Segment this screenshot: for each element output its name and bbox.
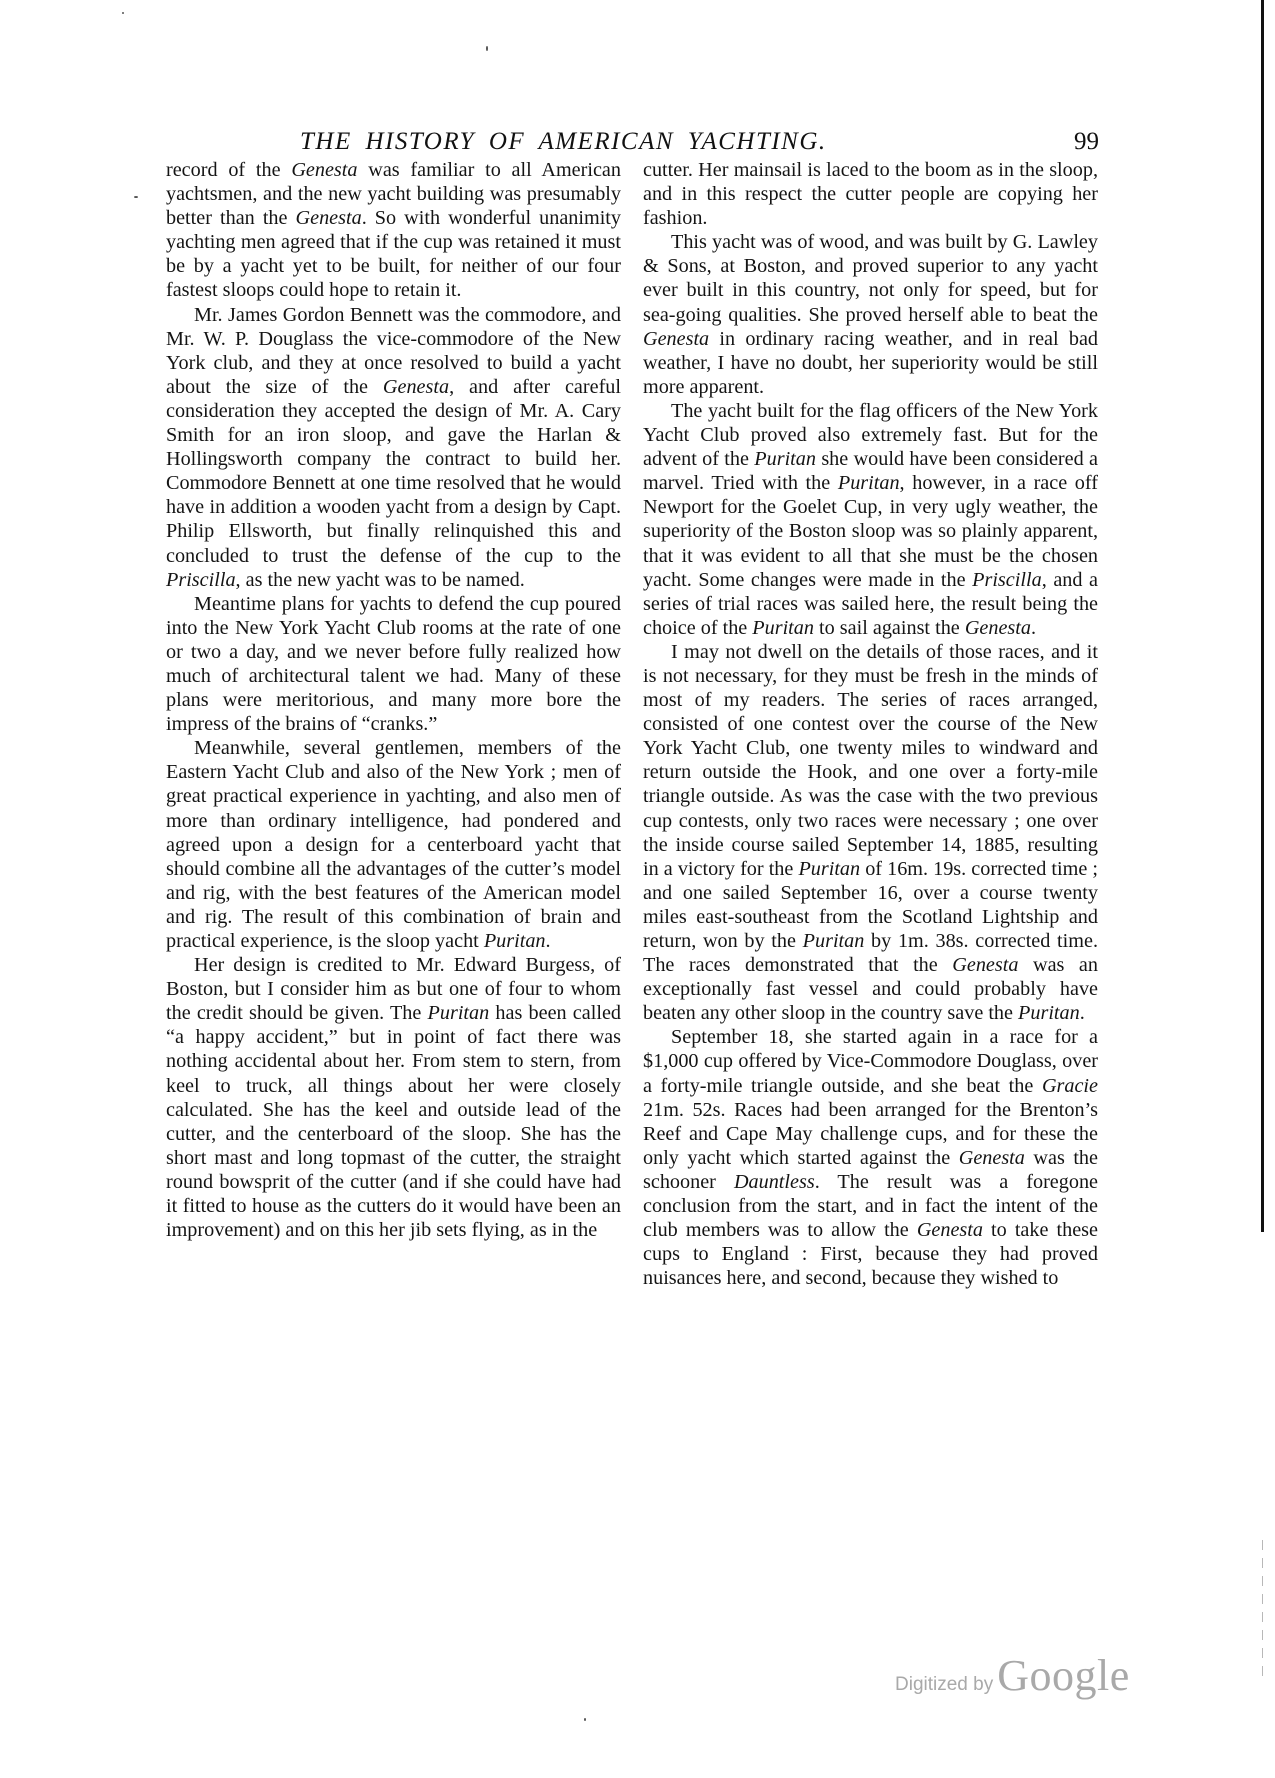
text-run: , and after careful consideration they a… — [166, 376, 621, 567]
digitized-by-google-watermark: Digitized by Google — [895, 1650, 1130, 1701]
italic-vessel-name: Gracie — [1042, 1075, 1098, 1097]
italic-vessel-name: Dauntless — [734, 1171, 815, 1193]
italic-vessel-name: Genesta — [291, 159, 357, 181]
italic-vessel-name: Puritan — [752, 617, 814, 639]
italic-vessel-name: Priscilla — [972, 569, 1042, 591]
italic-vessel-name: Puritan — [1018, 1002, 1080, 1024]
text-run: , as the new yacht was to be named. — [236, 569, 525, 591]
scan-speck — [134, 196, 138, 198]
page-number: 99 — [1074, 128, 1099, 156]
running-title: THE HISTORY OF AMERICAN YACHTING. — [300, 128, 827, 156]
italic-vessel-name: Priscilla — [166, 569, 236, 591]
paragraph: cutter. Her mainsail is laced to the boo… — [643, 158, 1098, 230]
italic-vessel-name: Puritan — [754, 448, 816, 470]
paragraph: Her design is credited to Mr. Edward Bur… — [166, 953, 621, 1242]
text-run: to sail against the — [814, 617, 965, 639]
paragraph: Mr. James Gordon Bennett was the commodo… — [166, 303, 621, 592]
italic-vessel-name: Puritan — [798, 858, 860, 880]
text-run: Meantime plans for yachts to defend the … — [166, 593, 621, 735]
italic-vessel-name: Genesta — [965, 617, 1031, 639]
watermark-prefix: Digitized by — [895, 1674, 993, 1696]
italic-vessel-name: Puritan — [428, 1002, 490, 1024]
text-run: September 18, she started again in a rac… — [643, 1026, 1098, 1096]
italic-vessel-name: Genesta — [643, 328, 709, 350]
text-run: cutter. Her mainsail is laced to the boo… — [643, 159, 1098, 229]
italic-vessel-name: Genesta — [296, 207, 362, 229]
paragraph: I may not dwell on the details of those … — [643, 640, 1098, 1026]
italic-vessel-name: Puritan — [803, 930, 865, 952]
paragraph: Meanwhile, several gentlemen, members of… — [166, 736, 621, 953]
text-run: record of the — [166, 159, 291, 181]
scan-speck — [486, 46, 488, 51]
text-run: . — [1080, 1002, 1085, 1024]
italic-vessel-name: Puritan — [838, 472, 900, 494]
scan-speck — [122, 12, 124, 14]
google-logo-text: Google — [997, 1650, 1130, 1701]
italic-vessel-name: Genesta — [959, 1147, 1025, 1169]
italic-vessel-name: Genesta — [917, 1219, 983, 1241]
italic-vessel-name: Genesta — [383, 376, 449, 398]
right-text-column: cutter. Her mainsail is laced to the boo… — [643, 158, 1098, 1290]
paragraph: record of the Genesta was familiar to al… — [166, 158, 621, 303]
left-text-column: record of the Genesta was familiar to al… — [166, 158, 621, 1242]
text-run: This yacht was of wood, and was built by… — [643, 231, 1098, 325]
text-run: . — [1031, 617, 1036, 639]
text-run: I may not dwell on the details of those … — [643, 641, 1098, 880]
page-binding-edge — [1261, 0, 1264, 1232]
italic-vessel-name: Puritan — [484, 930, 546, 952]
scan-speck — [584, 1718, 586, 1721]
page-binding-edge-faint — [1262, 1540, 1263, 1680]
paragraph: September 18, she started again in a rac… — [643, 1025, 1098, 1290]
paragraph: This yacht was of wood, and was built by… — [643, 230, 1098, 399]
text-run: has been called “a happy accident,” but … — [166, 1002, 621, 1241]
text-run: in ordinary racing weather, and in real … — [643, 328, 1098, 398]
italic-vessel-name: Genesta — [952, 954, 1018, 976]
text-run: . — [546, 930, 551, 952]
text-run: Meanwhile, several gentlemen, members of… — [166, 737, 621, 952]
paragraph: The yacht built for the flag officers of… — [643, 399, 1098, 640]
paragraph: Meantime plans for yachts to defend the … — [166, 592, 621, 737]
